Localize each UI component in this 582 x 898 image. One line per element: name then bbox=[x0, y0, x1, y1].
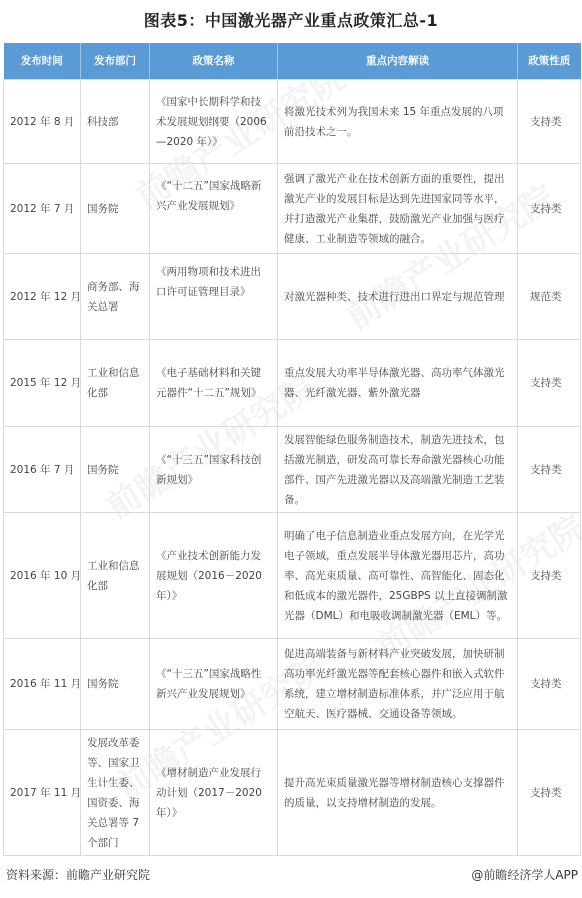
cell-key-content: 对激光器种类、技术进行进出口界定与规范管理 bbox=[278, 254, 518, 340]
cell-key-content: 重点发展大功率半导体激光器、高功率气体激光器、光纤激光器、紫外激光器 bbox=[278, 340, 518, 427]
column-header-date: 发布时间 bbox=[4, 43, 81, 80]
cell-department: 工业和信息化部 bbox=[81, 340, 150, 427]
table-row: 2016 年 11 月 国务院 《“十三五”国家战略性新兴产业发展规划》 促进高… bbox=[4, 639, 581, 730]
cell-policy-name: 《产业技术创新能力发展规划（2016－2020 年）》 bbox=[150, 513, 278, 639]
cell-policy-name: 《两用物项和技术进出口许可证管理目录》 bbox=[150, 254, 278, 340]
cell-department: 国务院 bbox=[81, 164, 150, 254]
cell-policy-type: 规范类 bbox=[518, 254, 581, 340]
cell-policy-type: 支持类 bbox=[518, 340, 581, 427]
cell-policy-name: 《“十三五”国家科技创新规划》 bbox=[150, 427, 278, 513]
table-row: 2012 年 8 月 科技部 《国家中长期科学和技术发展规划纲要（2006—20… bbox=[4, 80, 581, 164]
cell-policy-type: 支持类 bbox=[518, 730, 581, 856]
column-header-policy-name: 政策名称 bbox=[150, 43, 278, 80]
cell-date: 2016 年 10 月 bbox=[4, 513, 81, 639]
figure-title: 图表5：中国激光器产业重点政策汇总-1 bbox=[0, 8, 582, 31]
cell-key-content: 促进高端装备与新材料产业突破发展，加快研制高功率光纤激光器等配套核心器件和嵌入式… bbox=[278, 639, 518, 730]
column-header-policy-type: 政策性质 bbox=[518, 43, 581, 80]
cell-policy-name: 《“十三五”国家战略性新兴产业发展规划》 bbox=[150, 639, 278, 730]
table-row: 2012 年 7 月 国务院 《“十二五”国家战略新兴产业发展规划》 强调了激光… bbox=[4, 164, 581, 254]
cell-date: 2016 年 7 月 bbox=[4, 427, 81, 513]
table-row: 2017 年 11 月 发展改革委等、国家卫生计生委、国资委、海关总署等 7 个… bbox=[4, 730, 581, 856]
column-header-key-content: 重点内容解读 bbox=[278, 43, 518, 80]
cell-date: 2015 年 12 月 bbox=[4, 340, 81, 427]
brand-credit: @前瞻经济学人APP bbox=[471, 866, 578, 883]
cell-policy-type: 支持类 bbox=[518, 513, 581, 639]
cell-policy-name: 《增材制造产业发展行动计划（2017－2020 年）》 bbox=[150, 730, 278, 856]
cell-date: 2012 年 12 月 bbox=[4, 254, 81, 340]
table-row: 2016 年 10 月 工业和信息化部 《产业技术创新能力发展规划（2016－2… bbox=[4, 513, 581, 639]
cell-policy-type: 支持类 bbox=[518, 80, 581, 164]
cell-date: 2016 年 11 月 bbox=[4, 639, 81, 730]
column-header-department: 发布部门 bbox=[81, 43, 150, 80]
cell-department: 科技部 bbox=[81, 80, 150, 164]
cell-key-content: 发展智能绿色服务制造技术，制造先进技术，包括激光制造，研发高可靠长寿命激光器核心… bbox=[278, 427, 518, 513]
table-row: 2016 年 7 月 国务院 《“十三五”国家科技创新规划》 发展智能绿色服务制… bbox=[4, 427, 581, 513]
cell-key-content: 强调了激光产业在技术创新方面的重要性，提出激光产业的发展目标是达到先进国家同等水… bbox=[278, 164, 518, 254]
cell-key-content: 提升高光束质量激光器等增材制造核心支撑器件的质量，以支持增材制造的发展。 bbox=[278, 730, 518, 856]
cell-policy-name: 《电子基础材料和关键元器件“十二五”规划》 bbox=[150, 340, 278, 427]
cell-policy-type: 支持类 bbox=[518, 164, 581, 254]
table-header-row: 发布时间 发布部门 政策名称 重点内容解读 政策性质 bbox=[4, 43, 581, 80]
cell-department: 国务院 bbox=[81, 639, 150, 730]
cell-date: 2017 年 11 月 bbox=[4, 730, 81, 856]
cell-policy-name: 《国家中长期科学和技术发展规划纲要（2006—2020 年）》 bbox=[150, 80, 278, 164]
cell-policy-name: 《“十二五”国家战略新兴产业发展规划》 bbox=[150, 164, 278, 254]
table-row: 2015 年 12 月 工业和信息化部 《电子基础材料和关键元器件“十二五”规划… bbox=[4, 340, 581, 427]
table-row: 2012 年 12 月 商务部、海关总署 《两用物项和技术进出口许可证管理目录》… bbox=[4, 254, 581, 340]
footer: 资料来源：前瞻产业研究院 @前瞻经济学人APP bbox=[0, 866, 582, 886]
cell-department: 国务院 bbox=[81, 427, 150, 513]
cell-date: 2012 年 7 月 bbox=[4, 164, 81, 254]
cell-key-content: 明确了电子信息制造业重点发展方向，在光学光电子领域，重点发展半导体激光器用芯片，… bbox=[278, 513, 518, 639]
policy-table: 发布时间 发布部门 政策名称 重点内容解读 政策性质 2012 年 8 月 科技… bbox=[3, 43, 581, 856]
source-note: 资料来源：前瞻产业研究院 bbox=[6, 866, 150, 883]
cell-department: 商务部、海关总署 bbox=[81, 254, 150, 340]
cell-policy-type: 支持类 bbox=[518, 427, 581, 513]
cell-department: 工业和信息化部 bbox=[81, 513, 150, 639]
cell-date: 2012 年 8 月 bbox=[4, 80, 81, 164]
cell-policy-type: 支持类 bbox=[518, 639, 581, 730]
cell-department: 发展改革委等、国家卫生计生委、国资委、海关总署等 7 个部门 bbox=[81, 730, 150, 856]
cell-key-content: 将激光技术列为我国未来 15 年重点发展的八项前沿技术之一。 bbox=[278, 80, 518, 164]
